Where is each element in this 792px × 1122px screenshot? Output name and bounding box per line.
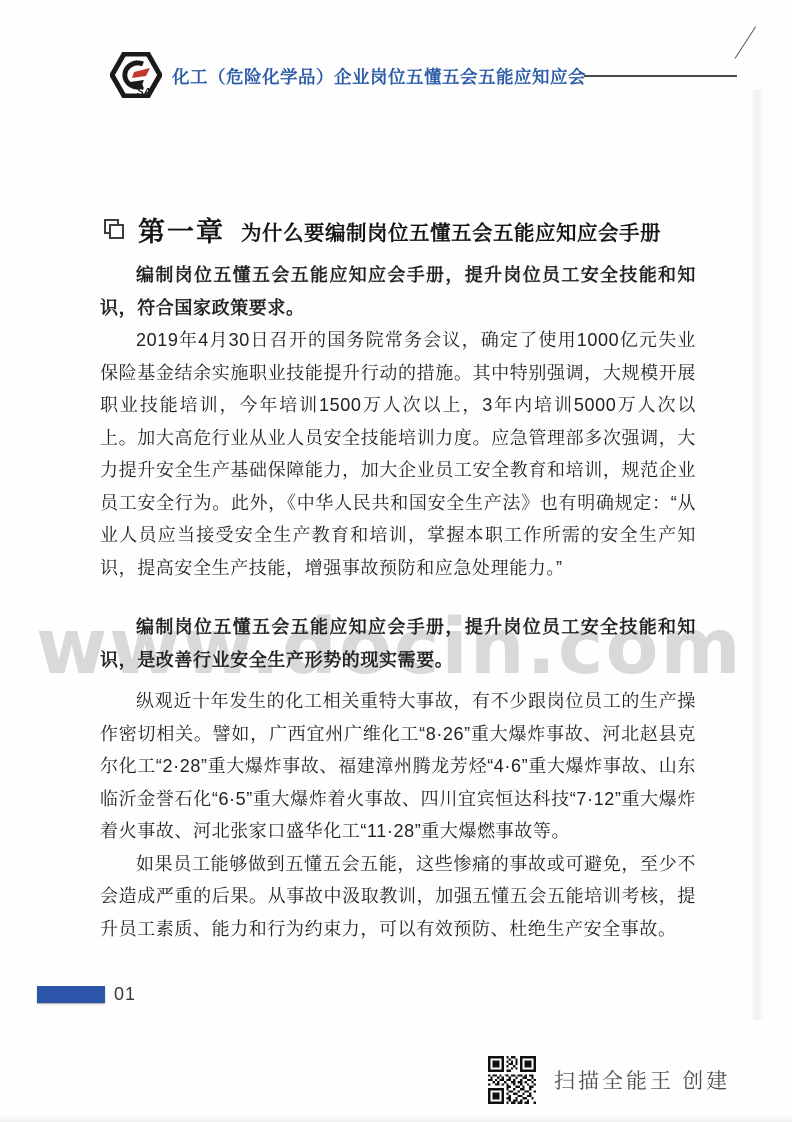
body-text: 编制岗位五懂五会五能应知应会手册，提升岗位员工安全技能和知识，符合国家政策要求。… [100, 259, 696, 945]
paragraph: 编制岗位五懂五会五能应知应会手册，提升岗位员工安全技能和知识，是改善行业安全生产… [100, 611, 696, 676]
running-head-title: 化工（危险化学品）企业岗位五懂五会五能应知应会 [172, 64, 586, 89]
scanner-caption: 扫描全能王 创建 [554, 1065, 730, 1095]
logo-letters: SA [137, 87, 151, 98]
header-rule-line [584, 75, 737, 77]
ccsa-logo-icon: SA [110, 52, 162, 98]
page-header: SA 化工（危险化学品）企业岗位五懂五会五能应知应会 [110, 52, 760, 102]
paragraph: 如果员工能够做到五懂五会五能，这些惨痛的事故或可避免，至少不会造成严重的后果。从… [100, 848, 696, 946]
paragraph: 2019年4月30日召开的国务院常务会议，确定了使用1000亿元失业保险基金结余… [100, 324, 696, 584]
chapter-squares-icon [104, 219, 124, 239]
scan-edge-shadow-bottom [0, 1114, 792, 1122]
page-number: 01 [114, 984, 136, 1005]
paragraph: 纵观近十年发生的化工相关重特大事故，有不少跟岗位员工的生产操作密切相关。譬如，广… [100, 685, 696, 848]
chapter-heading: 第一章 为什么要编制岗位五懂五会五能应知应会手册 [104, 208, 704, 250]
chapter-number: 第一章 [138, 210, 225, 249]
scan-edge-shadow [750, 90, 764, 1020]
chapter-title: 为什么要编制岗位五懂五会五能应知应会手册 [241, 213, 661, 246]
qr-code-icon [488, 1056, 536, 1104]
page-footer: 01 [37, 984, 136, 1005]
scanner-stamp: 扫描全能王 创建 [488, 1056, 730, 1104]
footer-accent-bar [37, 986, 105, 1003]
scanned-document-page: SA 化工（危险化学品）企业岗位五懂五会五能应知应会 第一章 为什么要编制岗位五… [0, 0, 792, 1122]
paragraph: 编制岗位五懂五会五能应知应会手册，提升岗位员工安全技能和知识，符合国家政策要求。 [100, 259, 696, 324]
